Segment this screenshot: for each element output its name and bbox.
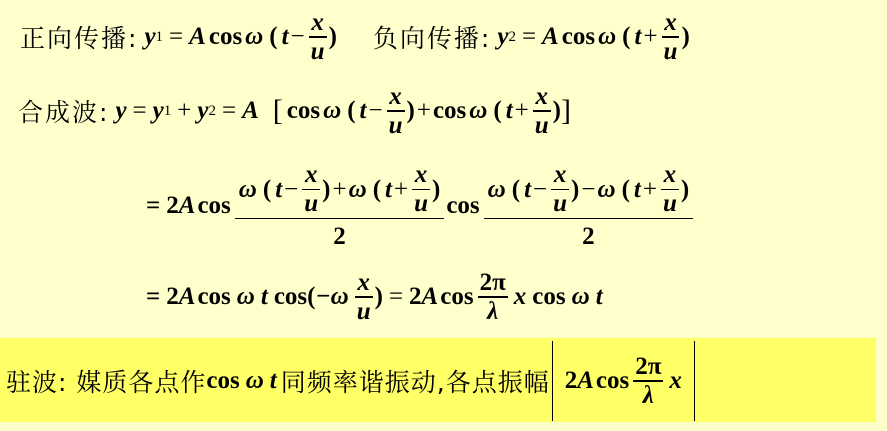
equals: = <box>146 283 160 311</box>
sum-to-product-line: = 2 A cos ω(t− xu )+ ω(t+ xu ) 2 cos ω(t… <box>146 152 695 260</box>
coef-2: 2 <box>565 367 578 395</box>
paren-close: ) <box>375 283 383 311</box>
standing-wave-description: 同频率谐振动,各点振幅 <box>281 363 550 399</box>
var-A: A <box>577 367 594 395</box>
omega: ω <box>323 97 341 125</box>
var-y: y <box>144 23 155 51</box>
bracket-open: [ <box>273 94 283 128</box>
cos-func: cos <box>209 23 242 51</box>
cos-func: cos <box>446 192 479 220</box>
plus: + <box>515 97 529 125</box>
cos-func: cos <box>197 283 230 311</box>
simplified-line: = 2 A cos ω t cos( −ω xu ) = 2 A cos 2πλ… <box>146 262 603 332</box>
fraction-x-over-u: xu <box>662 9 680 66</box>
amplitude-abs-value: 2 A cos 2πλ x <box>552 341 695 421</box>
neg-omega: −ω <box>315 283 348 311</box>
fraction-2pi-over-lambda: 2πλ <box>478 269 508 326</box>
subscript: 2 <box>508 29 516 46</box>
backward-label: 负向传播: <box>373 19 491 55</box>
standing-wave-label: 驻波: 媒质各点作 <box>6 363 206 399</box>
fraction-x-over-u: xu <box>355 269 373 326</box>
omega: ω <box>598 23 616 51</box>
plus: + <box>177 97 191 125</box>
paren-close: ) <box>329 23 337 51</box>
cos-func: cos <box>532 283 565 311</box>
equals: = <box>146 192 160 220</box>
subscript: 1 <box>156 29 164 46</box>
paren-open: ( <box>347 97 355 125</box>
subscript: 1 <box>164 103 172 120</box>
var-y2: y <box>197 97 208 125</box>
cos-func: cos <box>206 367 239 395</box>
var-t: t <box>282 23 289 51</box>
paren-close: ) <box>407 97 415 125</box>
fraction-x-over-u: xu <box>533 83 551 140</box>
superposition-line: 合成波: y = y1 + y2 = A [ cos ω ( t − xu ) … <box>18 78 571 144</box>
coef-2: 2 <box>166 283 179 311</box>
var-A: A <box>189 23 206 51</box>
coef-2: 2 <box>166 192 179 220</box>
var-A: A <box>179 283 196 311</box>
equals: = <box>522 23 536 51</box>
paren-open: ( <box>622 23 630 51</box>
var-A: A <box>242 97 259 125</box>
cos-func: cos <box>596 367 629 395</box>
fraction-x-over-u: xu <box>387 83 405 140</box>
minus: − <box>291 23 305 51</box>
equals: = <box>389 283 403 311</box>
omega: ω <box>469 97 487 125</box>
paren-open: ( <box>493 97 501 125</box>
var-y: y <box>497 23 508 51</box>
standing-wave-conclusion: 驻波: 媒质各点作 cos ω t 同频率谐振动,各点振幅 2 A cos 2π… <box>6 342 695 420</box>
equals: = <box>169 23 183 51</box>
cos-func: cos <box>562 23 595 51</box>
subscript: 2 <box>208 103 216 120</box>
fraction-2pi-over-lambda: 2πλ <box>633 353 663 410</box>
plus: + <box>643 23 657 51</box>
half-sum-fraction: ω(t− xu )+ ω(t+ xu ) 2 <box>235 161 445 251</box>
var-t: t <box>270 367 277 395</box>
var-x: x <box>669 367 682 395</box>
cos-func: cos <box>433 97 466 125</box>
fraction-x-over-u: xu <box>309 9 327 66</box>
omega: ω <box>572 283 590 311</box>
forward-wave-line: 正向传播: y1 = A cos ω ( t − xu ) 负向传播: y2 =… <box>20 4 690 70</box>
equals: = <box>133 97 147 125</box>
omega: ω <box>245 23 263 51</box>
cos-func: cos <box>197 192 230 220</box>
var-y1: y <box>153 97 164 125</box>
var-A: A <box>422 283 439 311</box>
var-A: A <box>542 23 559 51</box>
paren-close: ) <box>681 23 689 51</box>
minus: − <box>368 97 382 125</box>
cos-func: cos <box>287 97 320 125</box>
omega: ω <box>246 367 264 395</box>
var-y: y <box>115 97 126 125</box>
coef-2: 2 <box>409 283 422 311</box>
var-t: t <box>360 97 367 125</box>
paren-close: ) <box>553 97 561 125</box>
equals: = <box>222 97 236 125</box>
var-t: t <box>634 23 641 51</box>
paren-open: ( <box>269 23 277 51</box>
var-t: t <box>596 283 603 311</box>
half-difference-fraction: ω(t− xu )− ω(t+ xu ) 2 <box>484 161 694 251</box>
var-x: x <box>514 283 527 311</box>
forward-label: 正向传播: <box>20 19 138 55</box>
superposition-label: 合成波: <box>18 93 109 129</box>
omega: ω <box>237 283 255 311</box>
cos-func: cos <box>440 283 473 311</box>
bracket-close: ] <box>561 94 571 128</box>
plus: + <box>417 97 431 125</box>
var-t: t <box>261 283 268 311</box>
var-t: t <box>506 97 513 125</box>
var-A: A <box>179 192 196 220</box>
cos-func-open: cos( <box>274 283 316 311</box>
